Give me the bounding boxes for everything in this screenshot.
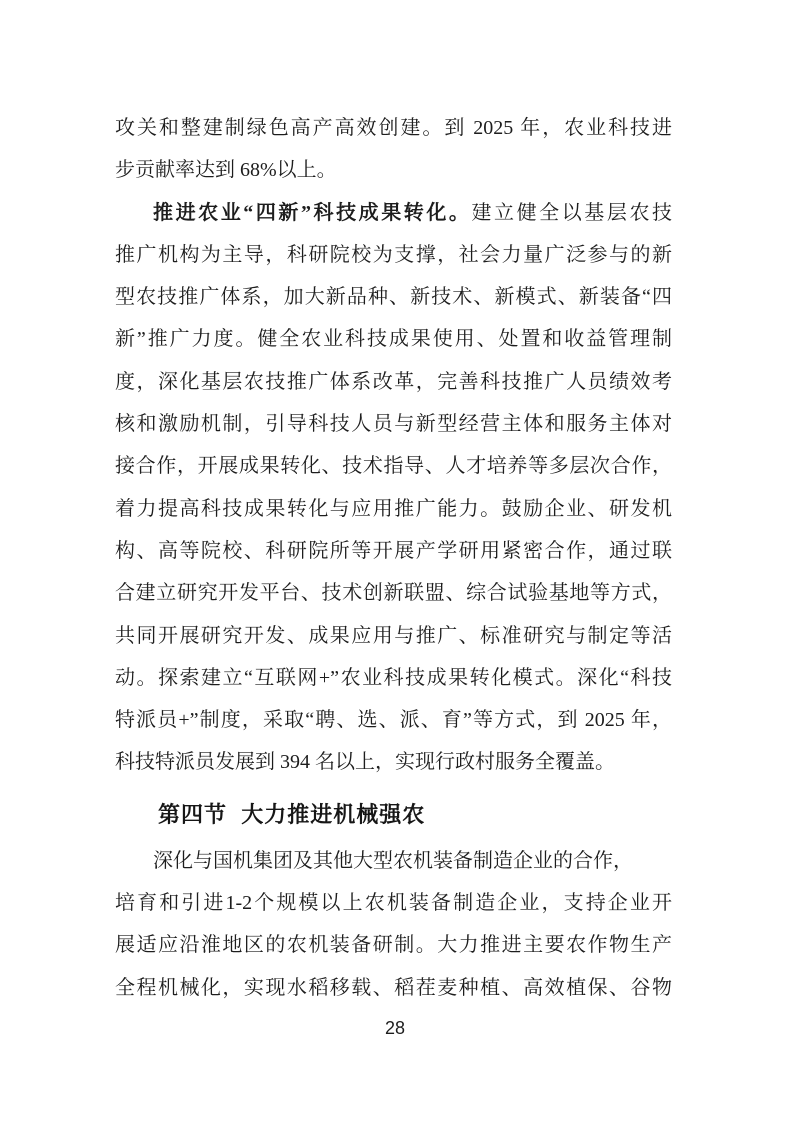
text-line: 着力提高科技成果转化与应用推广能力。鼓励企业、研发机 [115,488,672,530]
text-line: 新”推广力度。健全农业科技成果使用、处置和收益管理制 [115,318,672,360]
text-line: 核和激励机制，引导科技人员与新型经营主体和服务主体对 [115,403,672,445]
text-line: 深化与国机集团及其他大型农机装备制造企业的合作， [115,840,672,882]
text-line: 度，深化基层农技推广体系改革，完善科技推广人员绩效考 [115,361,672,403]
lead-rest-text: 建立健全以基层农技 [471,202,672,224]
text-line: 推进农业“四新”科技成果转化。建立健全以基层农技 [115,192,672,234]
paragraph-1: 攻关和整建制绿色高产高效创建。到 2025 年，农业科技进 步贡献率达到 68%… [115,107,672,192]
text-line: 型农技推广体系，加大新品种、新技术、新模式、新装备“四 [115,276,672,318]
text-line: 共同开展研究开发、成果应用与推广、标准研究与制定等活 [115,615,672,657]
text-column: 攻关和整建制绿色高产高效创建。到 2025 年，农业科技进 步贡献率达到 68%… [115,107,672,1009]
section-heading: 第四节 大力推进机械强农 [115,794,672,836]
text-line: 步贡献率达到 68%以上。 [115,149,672,191]
text-line: 全程机械化，实现水稻移载、稻茬麦种植、高效植保、谷物 [115,967,672,1009]
text-line: 攻关和整建制绿色高产高效创建。到 2025 年，农业科技进 [115,107,672,149]
text-line: 培育和引进1-2个规模以上农机装备制造企业，支持企业开 [115,882,672,924]
text-line: 科技特派员发展到 394 名以上，实现行政村服务全覆盖。 [115,741,672,783]
paragraph-2: 推进农业“四新”科技成果转化。建立健全以基层农技 推广机构为主导，科研院校为支撑… [115,192,672,784]
text-line: 推广机构为主导，科研院校为支撑，社会力量广泛参与的新 [115,234,672,276]
paragraph-3: 深化与国机集团及其他大型农机装备制造企业的合作， 培育和引进1-2个规模以上农机… [115,840,672,1009]
text-line: 构、高等院校、科研院所等开展产学研用紧密合作，通过联 [115,530,672,572]
document-page: 攻关和整建制绿色高产高效创建。到 2025 年，农业科技进 步贡献率达到 68%… [0,0,790,1122]
page-number: 28 [0,1016,790,1040]
text-line: 合建立研究开发平台、技术创新联盟、综合试验基地等方式， [115,572,672,614]
bold-lead-sentence: 推进农业“四新”科技成果转化。 [153,202,471,224]
text-line: 动。探索建立“互联网+”农业科技成果转化模式。深化“科技 [115,657,672,699]
text-line: 接合作，开展成果转化、技术指导、人才培养等多层次合作， [115,445,672,487]
text-line: 特派员+”制度，采取“聘、选、派、育”等方式，到 2025 年， [115,699,672,741]
text-line: 展适应沿淮地区的农机装备研制。大力推进主要农作物生产 [115,924,672,966]
